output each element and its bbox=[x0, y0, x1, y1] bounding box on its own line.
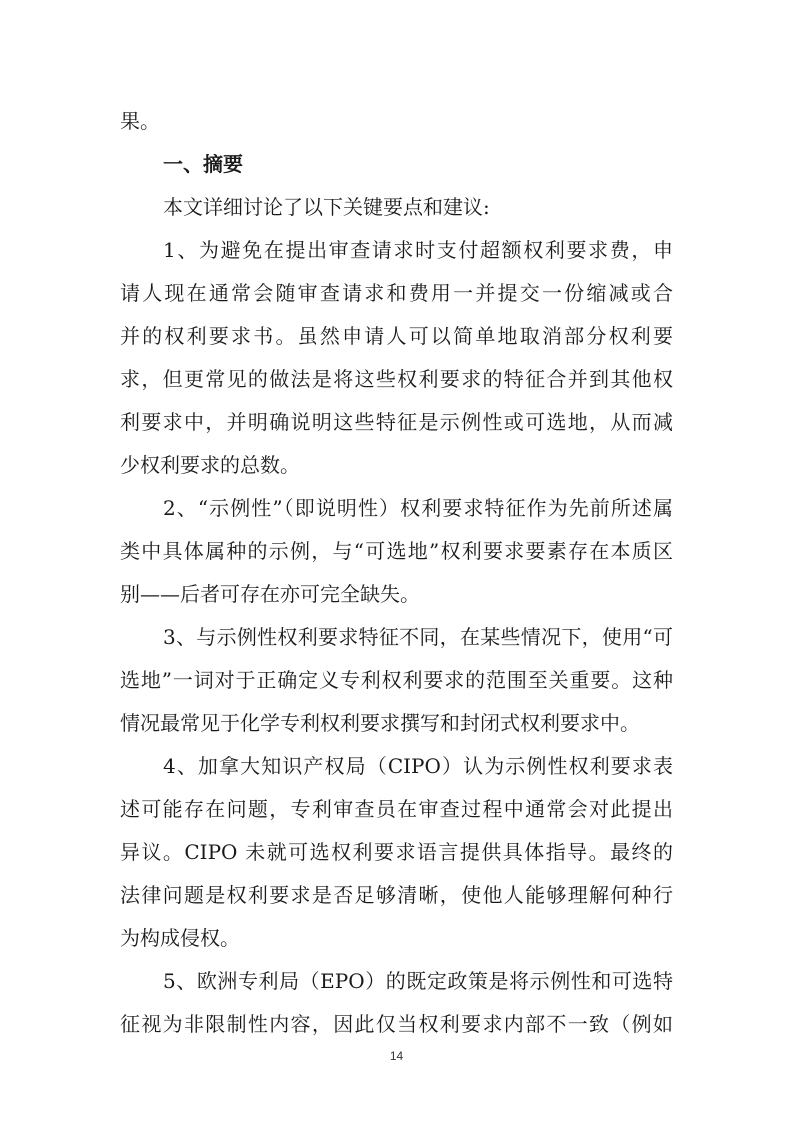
text-line: 征视为非限制性内容，因此仅当权利要求内部不一致（例如 bbox=[120, 1003, 673, 1046]
text-line: 求，但更常见的做法是将这些权利要求的特征合并到其他权 bbox=[120, 358, 673, 401]
point-1-paragraph: 1、为避免在提出审查请求时支付超额权利要求费，申 请人现在通常会随审查请求和费用… bbox=[120, 229, 673, 487]
text-line: 少权利要求的总数。 bbox=[120, 444, 673, 487]
text-line: 为构成侵权。 bbox=[120, 917, 673, 960]
document-page: 果。 一、摘要 本文详细讨论了以下关键要点和建议: 1、为避免在提出审查请求时支… bbox=[120, 100, 673, 1046]
point-4-paragraph: 4、加拿大知识产权局（CIPO）认为示例性权利要求表 述可能存在问题，专利审查员… bbox=[120, 745, 673, 960]
text-line: 5、欧洲专利局（EPO）的既定政策是将示例性和可选特 bbox=[120, 960, 673, 1003]
text-line: 本文详细讨论了以下关键要点和建议: bbox=[120, 186, 673, 229]
continuation-paragraph: 果。 bbox=[120, 100, 673, 143]
text-line: 述可能存在问题，专利审查员在审查过程中通常会对此提出 bbox=[120, 788, 673, 831]
text-line: 异议。CIPO 未就可选权利要求语言提供具体指导。最终的 bbox=[120, 831, 673, 874]
text-line: 请人现在通常会随审查请求和费用一并提交一份缩减或合 bbox=[120, 272, 673, 315]
point-5-paragraph: 5、欧洲专利局（EPO）的既定政策是将示例性和可选特 征视为非限制性内容，因此仅… bbox=[120, 960, 673, 1046]
point-3-paragraph: 3、与示例性权利要求特征不同，在某些情况下，使用“可 选地”一词对于正确定义专利… bbox=[120, 616, 673, 745]
section-heading: 一、摘要 bbox=[120, 143, 673, 186]
text-line: 法律问题是权利要求是否足够清晰，使他人能够理解何种行 bbox=[120, 874, 673, 917]
text-line: 类中具体属种的示例，与“可选地”权利要求要素存在本质区 bbox=[120, 530, 673, 573]
text-line: 选地”一词对于正确定义专利权利要求的范围至关重要。这种 bbox=[120, 659, 673, 702]
page-number: 14 bbox=[0, 1049, 793, 1063]
text-line: 3、与示例性权利要求特征不同，在某些情况下，使用“可 bbox=[120, 616, 673, 659]
text-line: 别——后者可存在亦可完全缺失。 bbox=[120, 573, 673, 616]
text-line: 情况最常见于化学专利权利要求撰写和封闭式权利要求中。 bbox=[120, 702, 673, 745]
text-line: 4、加拿大知识产权局（CIPO）认为示例性权利要求表 bbox=[120, 745, 673, 788]
text-line: 果。 bbox=[120, 100, 673, 143]
text-line: 1、为避免在提出审查请求时支付超额权利要求费，申 bbox=[120, 229, 673, 272]
intro-paragraph: 本文详细讨论了以下关键要点和建议: bbox=[120, 186, 673, 229]
text-line: 利要求中，并明确说明这些特征是示例性或可选地，从而减 bbox=[120, 401, 673, 444]
text-line: 2、“示例性”（即说明性）权利要求特征作为先前所述属 bbox=[120, 487, 673, 530]
text-line: 并的权利要求书。虽然申请人可以简单地取消部分权利要 bbox=[120, 315, 673, 358]
point-2-paragraph: 2、“示例性”（即说明性）权利要求特征作为先前所述属 类中具体属种的示例，与“可… bbox=[120, 487, 673, 616]
section-heading-block: 一、摘要 bbox=[120, 143, 673, 186]
